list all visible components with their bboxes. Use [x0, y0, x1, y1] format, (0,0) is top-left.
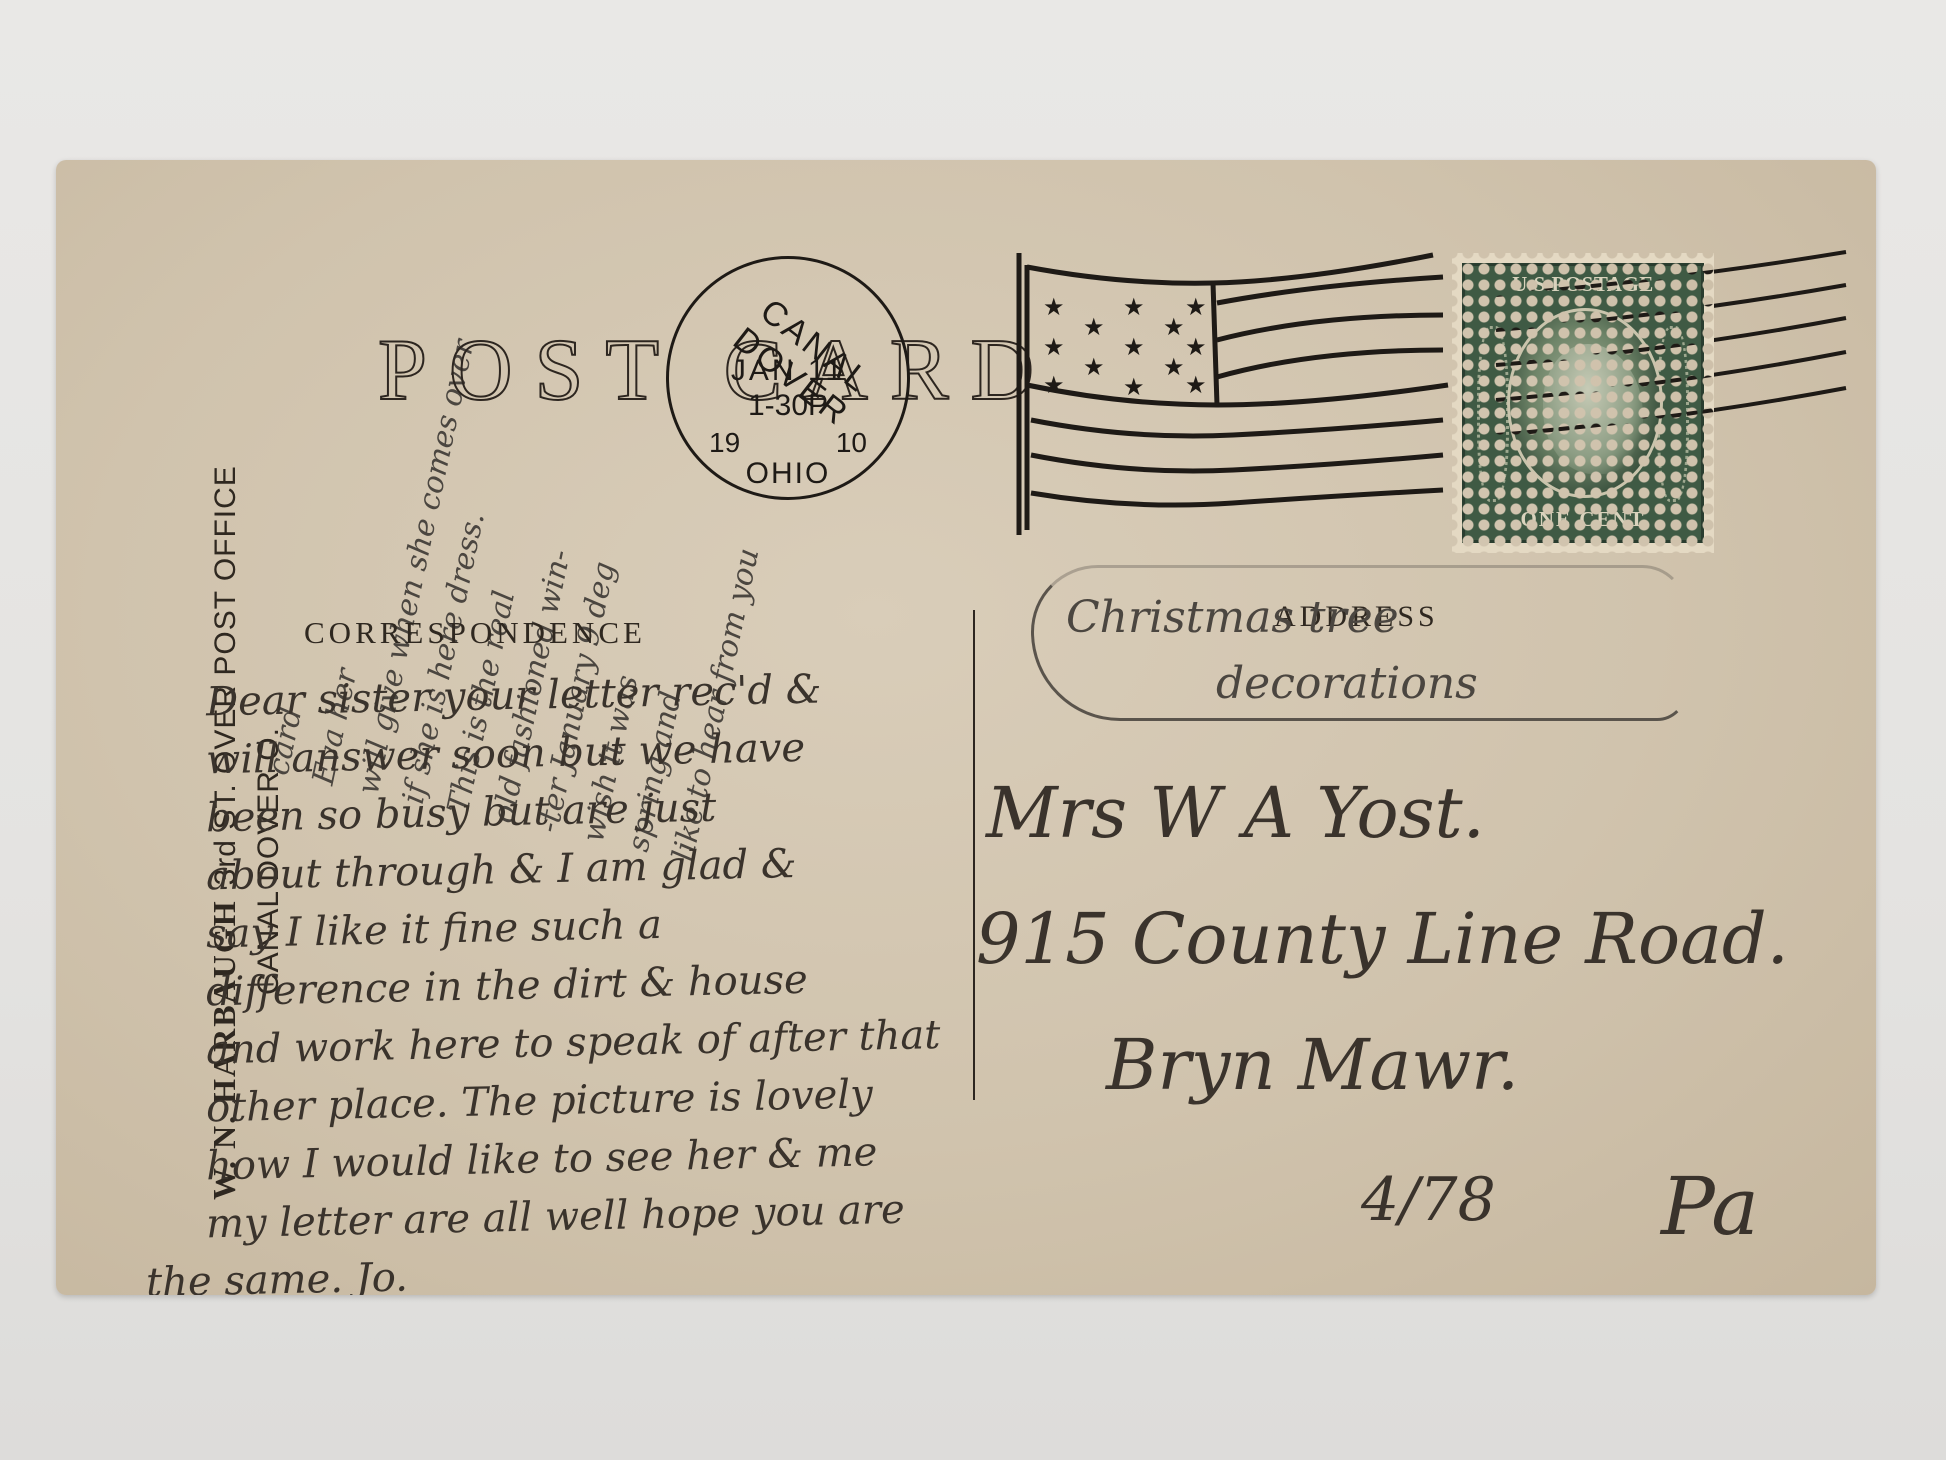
svg-text:★: ★	[1083, 313, 1105, 341]
circled-pencil-note: Christmas tree decorations	[1066, 585, 1478, 717]
svg-text:★: ★	[1185, 333, 1207, 361]
svg-text:★: ★	[1043, 371, 1065, 399]
svg-text:★: ★	[1043, 293, 1065, 321]
handwritten-address: Mrs W A Yost. 915 County Line Road. Bryn…	[976, 750, 1789, 1128]
correspondence-label: CORRESPONDENCE	[304, 615, 646, 651]
recipient-name: Mrs W A Yost.	[976, 750, 1789, 876]
recipient-street: 915 County Line Road.	[976, 876, 1789, 1002]
recipient-city: Bryn Mawr.	[976, 1002, 1789, 1128]
stamp-design: U.S.POSTAGE ONE CENT	[1462, 263, 1704, 543]
svg-text:★: ★	[1123, 333, 1145, 361]
stamp-bottom-text: ONE CENT	[1465, 507, 1701, 532]
flag-cancel-icon: ★★★ ★★★ ★★★ ★★★ ★	[1013, 245, 1483, 535]
postmark-year-right: 10	[836, 427, 867, 459]
svg-text:★: ★	[1185, 293, 1207, 321]
stamp-top-text: U.S.POSTAGE	[1465, 272, 1701, 297]
svg-text:★: ★	[1163, 313, 1185, 341]
pencil-date-note: 4/78	[1361, 1165, 1496, 1235]
postmark-state: OHIO	[669, 457, 907, 491]
svg-text:★: ★	[1163, 353, 1185, 381]
handwritten-message: Dear sister your letter rec'd & will ans…	[206, 665, 1006, 1295]
svg-text:★: ★	[1185, 371, 1207, 399]
recipient-state: Pa	[1661, 1160, 1759, 1253]
postmark-time: 1-30P	[669, 389, 907, 423]
postage-stamp: U.S.POSTAGE ONE CENT	[1452, 253, 1714, 553]
postmark-date: JAN 11	[669, 354, 907, 388]
postcard: W. N. HARBAUGH3rd ST. OVER POST OFFICE C…	[56, 160, 1876, 1295]
laurel-left-icon	[1477, 326, 1509, 502]
svg-text:★: ★	[1043, 333, 1065, 361]
circular-postmark: CANAL DOVER JAN 11 1-30P 19 10 OHIO	[666, 256, 910, 500]
svg-text:★: ★	[1123, 293, 1145, 321]
svg-text:★: ★	[1123, 373, 1145, 401]
postmark-year-left: 19	[709, 427, 740, 459]
svg-text:★: ★	[1083, 353, 1105, 381]
